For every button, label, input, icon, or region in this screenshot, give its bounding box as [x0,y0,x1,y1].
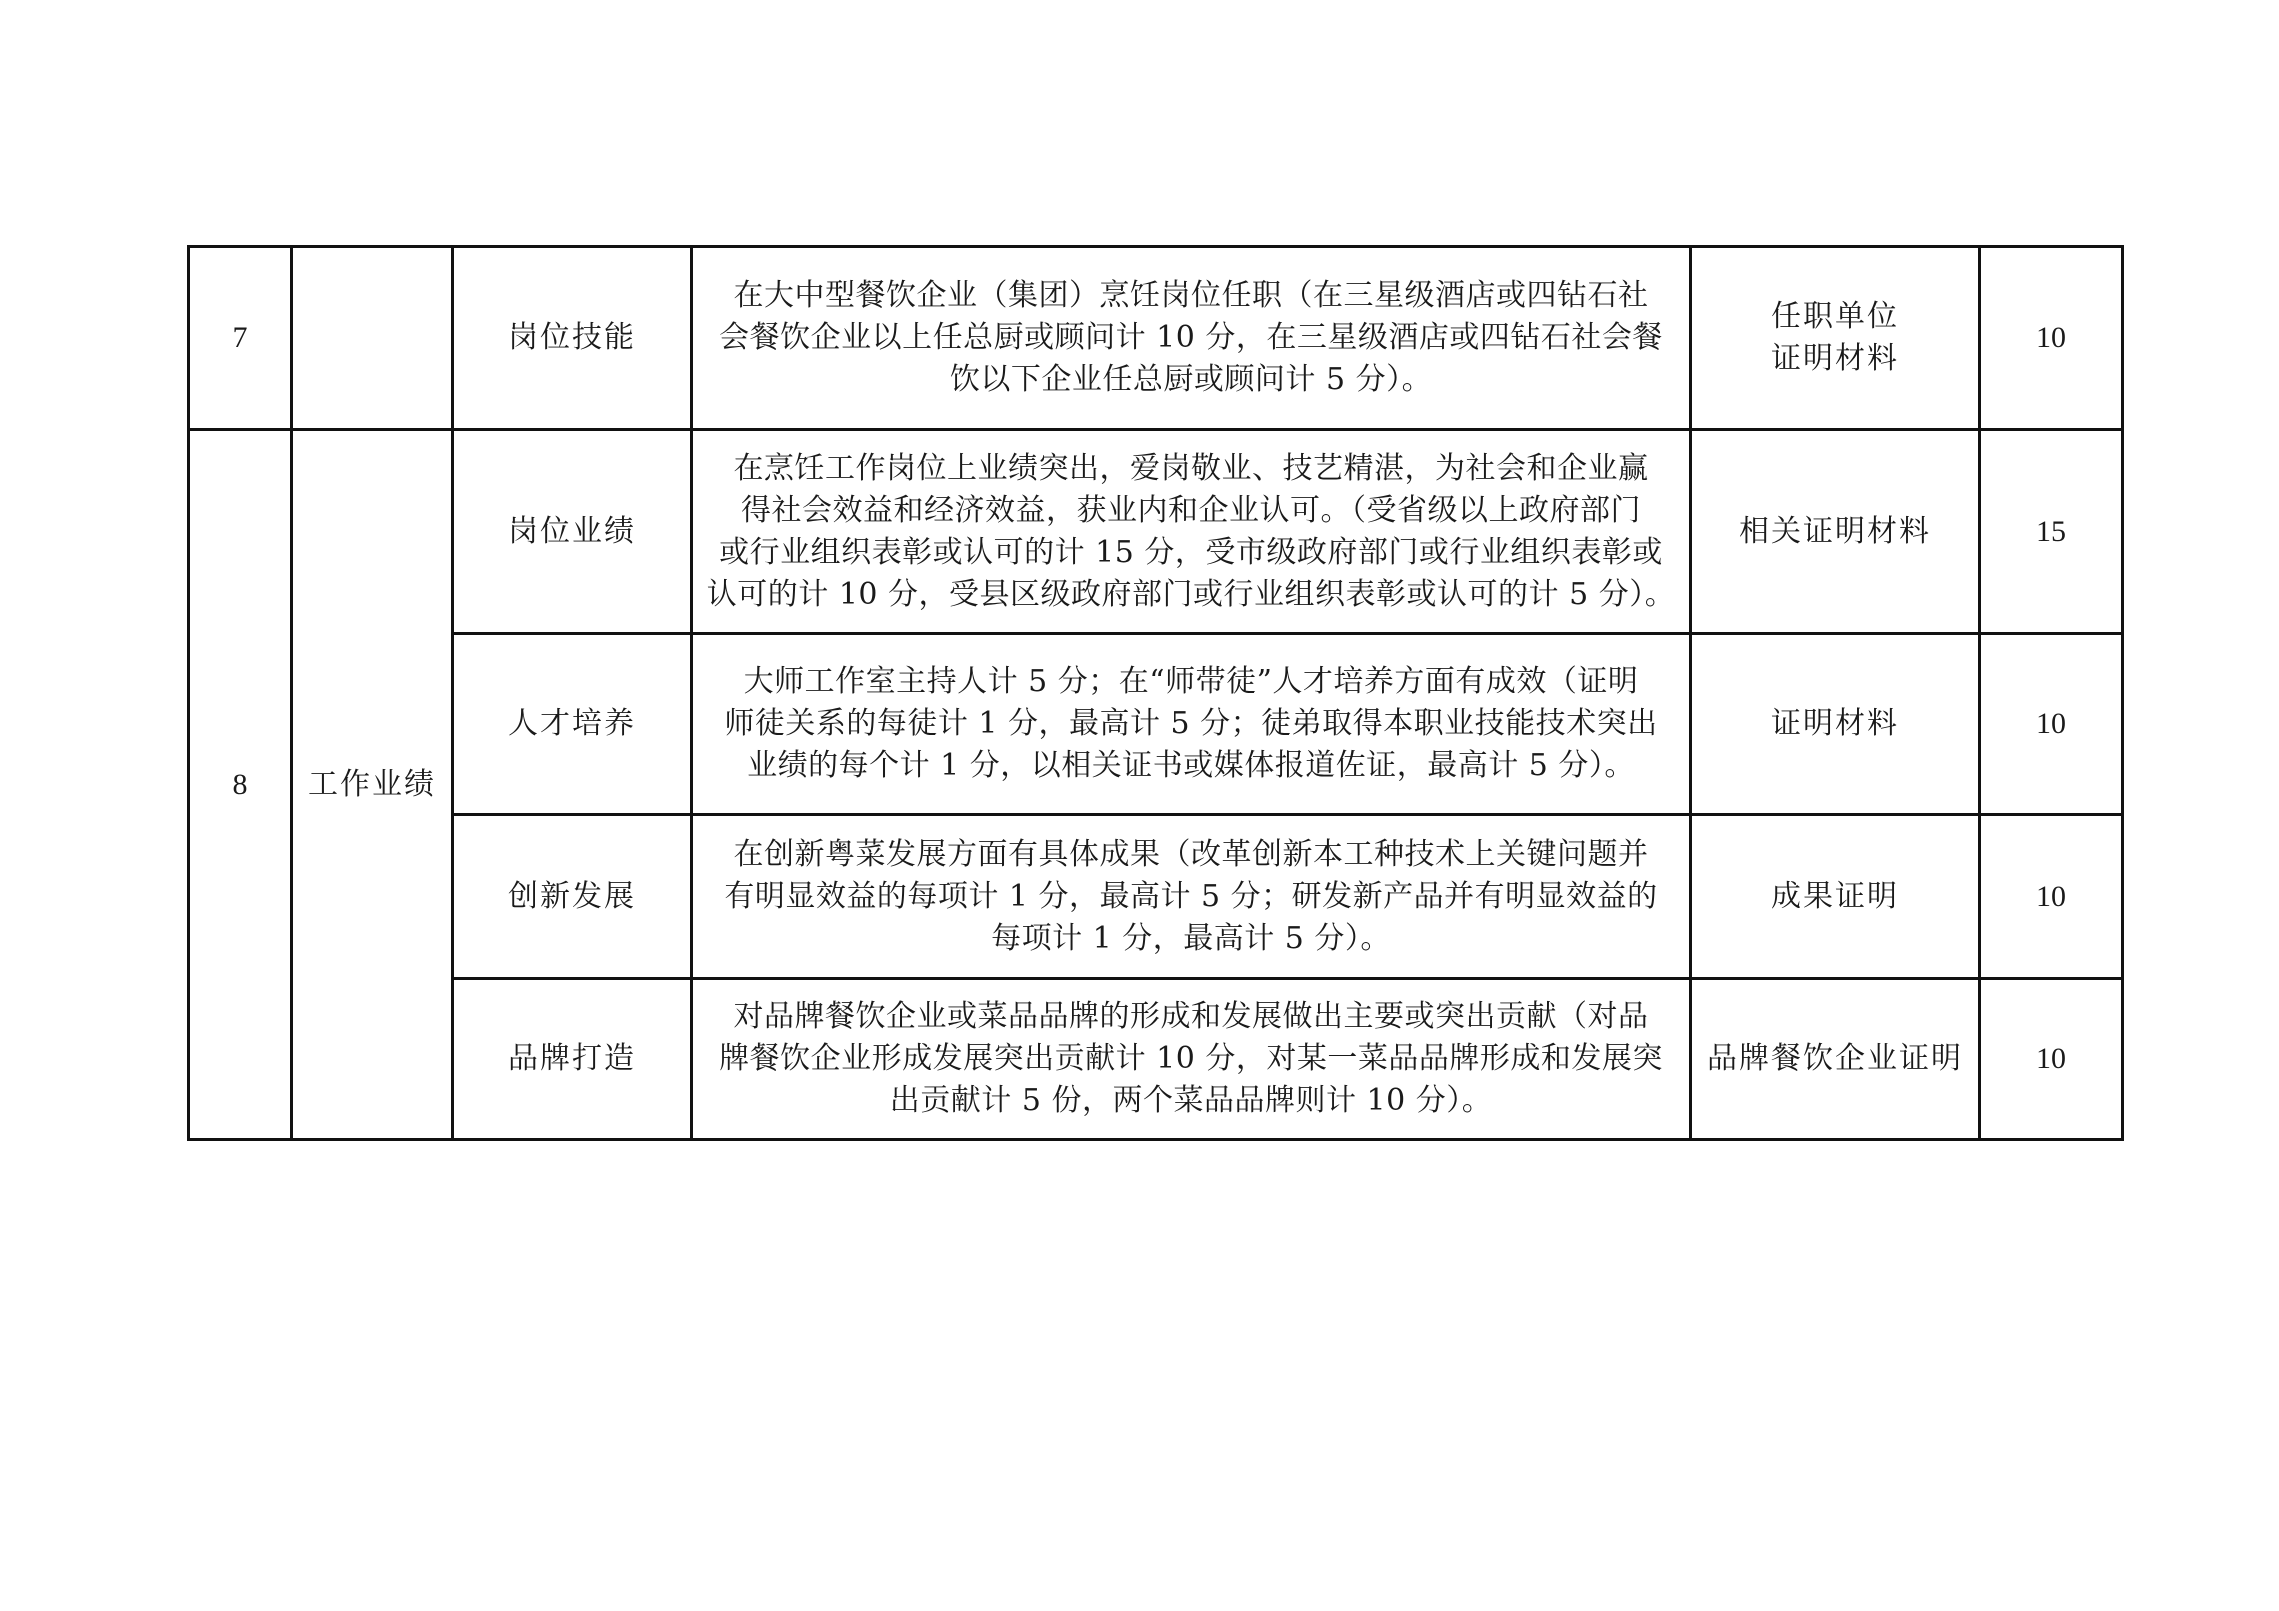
description-line: 在烹饪工作岗位上业绩突出，爱岗敬业、技艺精湛，为社会和企业赢 [701,448,1681,490]
description-line: 或行业组织表彰或认可的计 15 分，受市级政府部门或行业组织表彰或 [701,532,1681,574]
item-name-cell: 岗位技能 [453,247,692,430]
description-line: 对品牌餐饮企业或菜品品牌的形成和发展做出主要或突出贡献（对品 [701,996,1681,1038]
table-row-7: 7 岗位技能 在大中型餐饮企业（集团）烹饪岗位任职（在三星级酒店或四钻石社 会餐… [189,247,2123,430]
description-line: 大师工作室主持人计 5 分；在“师带徒”人才培养方面有成效（证明 [701,661,1681,703]
item-name-cell: 品牌打造 [453,979,692,1140]
table-row-8-talent-training: 人才培养 大师工作室主持人计 5 分；在“师带徒”人才培养方面有成效（证明 师徒… [189,634,2123,815]
evidence-cell: 成果证明 [1691,815,1980,979]
evidence-line: 成果证明 [1692,876,1978,918]
description-line: 认可的计 10 分，受县区级政府部门或行业组织表彰或认可的计 5 分）。 [701,574,1681,616]
description-line: 业绩的每个计 1 分，以相关证书或媒体报道佐证，最高计 5 分）。 [701,745,1681,787]
criteria-description-cell: 在烹饪工作岗位上业绩突出，爱岗敬业、技艺精湛，为社会和企业赢 得社会效益和经济效… [692,430,1691,634]
description-line: 饮以下企业任总厨或顾问计 5 分）。 [701,359,1681,401]
score-cell: 10 [1980,247,2123,430]
description-line: 会餐饮企业以上任总厨或顾问计 10 分，在三星级酒店或四钻石社会餐 [701,317,1681,359]
evidence-line: 相关证明材料 [1692,511,1978,553]
description-line: 牌餐饮企业形成发展突出贡献计 10 分，对某一菜品品牌形成和发展突 [701,1038,1681,1080]
evidence-line: 证明材料 [1692,703,1978,745]
score-cell: 15 [1980,430,2123,634]
table-row-8-job-performance: 8 工作业绩 岗位业绩 在烹饪工作岗位上业绩突出，爱岗敬业、技艺精湛，为社会和企… [189,430,2123,634]
criteria-description-cell: 大师工作室主持人计 5 分；在“师带徒”人才培养方面有成效（证明 师徒关系的每徒… [692,634,1691,815]
criteria-description-cell: 对品牌餐饮企业或菜品品牌的形成和发展做出主要或突出贡献（对品 牌餐饮企业形成发展… [692,979,1691,1140]
evidence-line: 品牌餐饮企业证明 [1692,1038,1978,1080]
item-name-cell: 岗位业绩 [453,430,692,634]
evidence-line: 证明材料 [1692,338,1978,380]
description-line: 有明显效益的每项计 1 分，最高计 5 分；研发新产品并有明显效益的 [701,876,1681,918]
evidence-cell: 相关证明材料 [1691,430,1980,634]
description-line: 在大中型餐饮企业（集团）烹饪岗位任职（在三星级酒店或四钻石社 [701,275,1681,317]
item-name-cell: 创新发展 [453,815,692,979]
table-row-8-innovation: 创新发展 在创新粤菜发展方面有具体成果（改革创新本工种技术上关键问题并 有明显效… [189,815,2123,979]
evidence-line: 任职单位 [1692,296,1978,338]
evidence-cell: 证明材料 [1691,634,1980,815]
description-line: 师徒关系的每徒计 1 分，最高计 5 分；徒弟取得本职业技能技术突出 [701,703,1681,745]
row-number-cell: 7 [189,247,292,430]
score-cell: 10 [1980,979,2123,1140]
description-line: 出贡献计 5 份，两个菜品品牌则计 10 分）。 [701,1080,1681,1122]
item-name-cell: 人才培养 [453,634,692,815]
category-cell-empty [292,247,453,430]
criteria-description-cell: 在创新粤菜发展方面有具体成果（改革创新本工种技术上关键问题并 有明显效益的每项计… [692,815,1691,979]
description-line: 得社会效益和经济效益，获业内和企业认可。（受省级以上政府部门 [701,490,1681,532]
evidence-cell: 任职单位 证明材料 [1691,247,1980,430]
score-cell: 10 [1980,634,2123,815]
evidence-cell: 品牌餐饮企业证明 [1691,979,1980,1140]
criteria-description-cell: 在大中型餐饮企业（集团）烹饪岗位任职（在三星级酒店或四钻石社 会餐饮企业以上任总… [692,247,1691,430]
table-row-8-brand-building: 品牌打造 对品牌餐饮企业或菜品品牌的形成和发展做出主要或突出贡献（对品 牌餐饮企… [189,979,2123,1140]
description-line: 每项计 1 分，最高计 5 分）。 [701,918,1681,960]
row-number-cell: 8 [189,430,292,1140]
scoring-criteria-table: 7 岗位技能 在大中型餐饮企业（集团）烹饪岗位任职（在三星级酒店或四钻石社 会餐… [187,245,2124,1141]
score-cell: 10 [1980,815,2123,979]
category-cell: 工作业绩 [292,430,453,1140]
description-line: 在创新粤菜发展方面有具体成果（改革创新本工种技术上关键问题并 [701,834,1681,876]
